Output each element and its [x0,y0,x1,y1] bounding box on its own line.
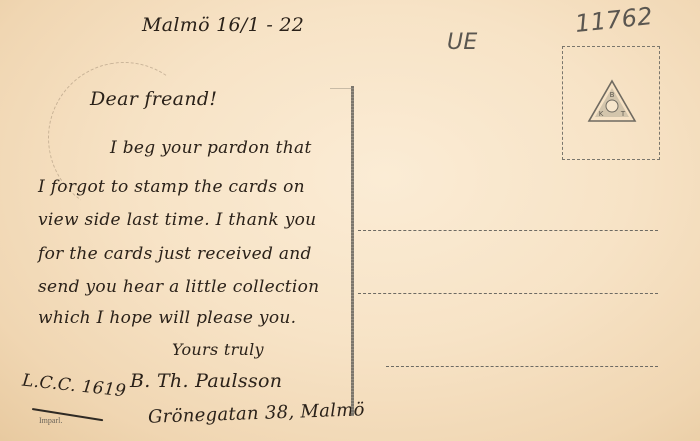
svg-text:T: T [620,110,626,118]
archive-number: 11762 [574,2,654,38]
message-line-2: I forgot to stamp the cards on [38,177,305,197]
imprint-label: Imparl. [39,416,62,425]
vertical-divider [351,86,354,416]
message-line-1: I beg your pardon that [110,138,312,158]
message-line-4: for the cards just received and [38,244,312,264]
message-line-6: which I hope will please you. [38,308,296,328]
catalog-code: L.C.C. 1619 [21,371,127,402]
postcard-back: Malmö 16/1 - 22 11762 UE B K T Dear frea… [0,0,700,441]
publisher-triangle-logo-icon: B K T [587,79,637,123]
message-line-5: send you hear a little collection [38,277,319,297]
message-line-3: view side last time. I thank you [38,210,316,230]
address-line-1 [358,230,658,231]
place-date: Malmö 16/1 - 22 [142,14,304,36]
svg-text:K: K [599,110,604,118]
sender-address: Grönegatan 38, Malmö [148,399,365,428]
address-line-3 [386,366,658,367]
svg-text:B: B [610,91,615,99]
stamp-box: B K T [562,46,660,160]
salutation: Dear freand! [90,88,217,110]
signature: B. Th. Paulsson [130,370,282,392]
pencil-mark: UE [447,30,478,55]
address-line-2 [358,293,658,294]
closing: Yours truly [172,340,264,359]
